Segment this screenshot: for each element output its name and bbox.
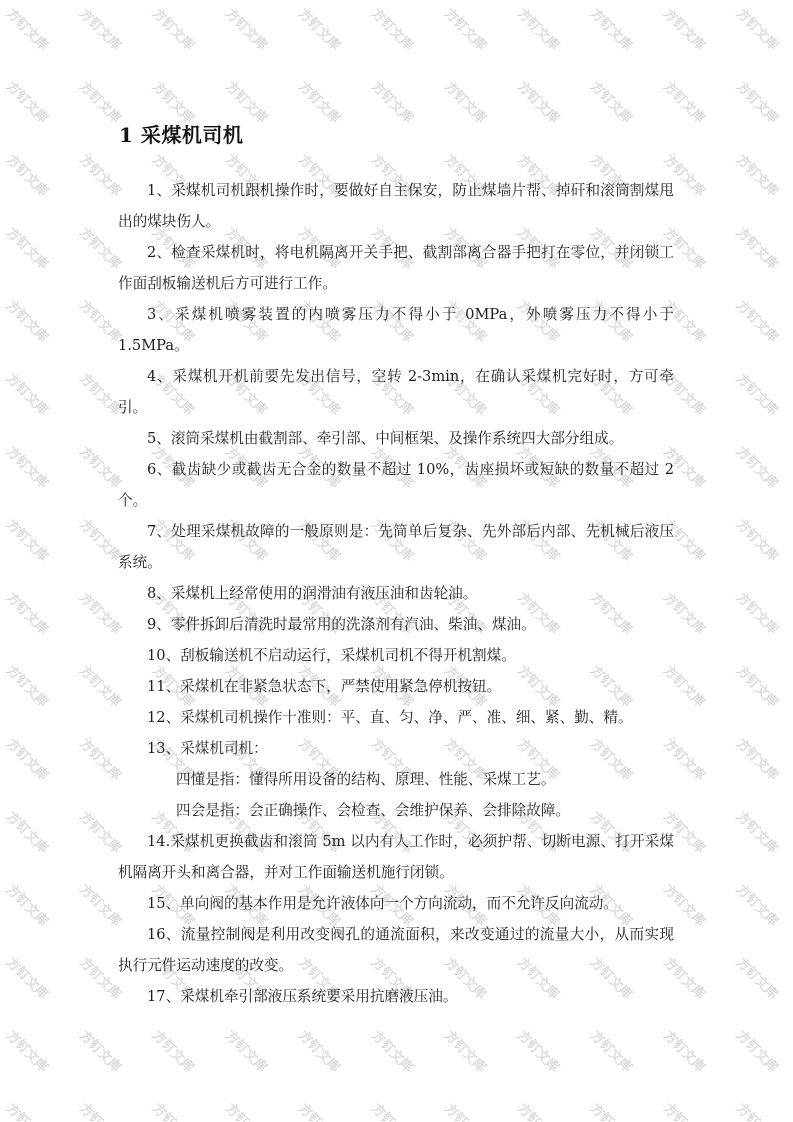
paragraph-item-2: 2、检查采煤机时，将电机隔离开关手把、截割部离合器手把打在零位，并闭锁工作面刮板… xyxy=(118,237,674,299)
paragraph-item-16: 16、流量控制阀是利用改变阀孔的通流面积，来改变通过的流量大小，从而实现执行元件… xyxy=(118,919,674,981)
paragraph-item-14: 14.采煤机更换截齿和滚筒 5m 以内有人工作时，必须护帮、切断电源、打开采煤机… xyxy=(118,826,674,888)
paragraph-item-15: 15、单向阀的基本作用是允许液体向一个方向流动，而不允许反向流动。 xyxy=(118,888,674,919)
paragraph-item-7: 7、处理采煤机故障的一般原则是：先简单后复杂、先外部后内部、先机械后液压系统。 xyxy=(118,516,674,578)
document-body: 1、采煤机司机跟机操作时，要做好自主保安，防止煤墙片帮、掉矸和滚筒割煤甩出的煤块… xyxy=(118,175,674,1012)
paragraph-item-6: 6、截齿缺少或截齿无合金的数量不超过 10%，齿座损坏或短缺的数量不超过 2 个… xyxy=(118,454,674,516)
section-heading: 1 采煤机司机 xyxy=(119,120,243,150)
paragraph-item-11: 11、采煤机在非紧急状态下，严禁使用紧急停机按钮。 xyxy=(118,671,674,702)
paragraph-item-8: 8、采煤机上经常使用的润滑油有液压油和齿轮油。 xyxy=(118,578,674,609)
paragraph-item-13: 13、采煤机司机： xyxy=(118,733,674,764)
paragraph-item-4: 4、采煤机开机前要先发出信号，空转 2-3min，在确认采煤机完好时，方可牵引。 xyxy=(118,361,674,423)
document-page: 1 采煤机司机 1、采煤机司机跟机操作时，要做好自主保安，防止煤墙片帮、掉矸和滚… xyxy=(0,0,793,1122)
paragraph-item-10: 10、刮板输送机不启动运行，采煤机司机不得开机割煤。 xyxy=(118,640,674,671)
paragraph-item-1: 1、采煤机司机跟机操作时，要做好自主保安，防止煤墙片帮、掉矸和滚筒割煤甩出的煤块… xyxy=(118,175,674,237)
paragraph-item-12: 12、采煤机司机操作十准则：平、直、匀、净、严、准、细、紧、勤、精。 xyxy=(118,702,674,733)
paragraph-item-5: 5、滚筒采煤机由截割部、牵引部、中间框架、及操作系统四大部分组成。 xyxy=(118,423,674,454)
paragraph-sub-four-can: 四会是指：会正确操作、会检查、会维护保养、会排除故障。 xyxy=(118,795,674,826)
paragraph-item-3: 3、采煤机喷雾装置的内喷雾压力不得小于 0MPa，外喷雾压力不得小于 1.5MP… xyxy=(118,299,674,361)
paragraph-item-17: 17、采煤机牵引部液压系统要采用抗磨液压油。 xyxy=(118,981,674,1012)
paragraph-item-9: 9、零件拆卸后清洗时最常用的洗涤剂有汽油、柴油、煤油。 xyxy=(118,609,674,640)
paragraph-sub-four-understand: 四懂是指：懂得所用设备的结构、原理、性能、采煤工艺。 xyxy=(118,764,674,795)
